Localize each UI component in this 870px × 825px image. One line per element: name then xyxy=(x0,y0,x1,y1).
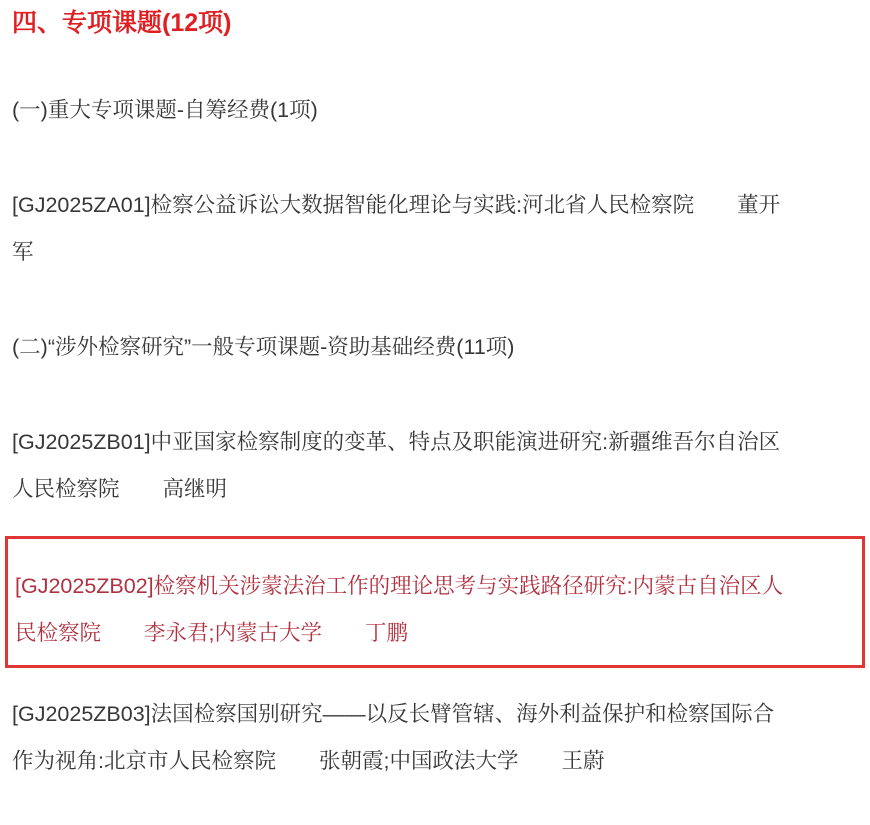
highlight-annotation-box: [GJ2025ZB02]检察机关涉蒙法治工作的理论思考与实践路径研究:内蒙古自治… xyxy=(5,536,865,668)
section-title: 四、专项课题(12项) xyxy=(12,5,858,41)
project-item-gj2025zb01: [GJ2025ZB01]中亚国家检察制度的变革、特点及职能演进研究:新疆维吾尔自… xyxy=(12,419,858,513)
article-page: 四、专项课题(12项) (一)重大专项课题-自筹经费(1项) [GJ2025ZA… xyxy=(0,0,870,825)
project-item-gj2025zb02-highlighted: [GJ2025ZB02]检察机关涉蒙法治工作的理论思考与实践路径研究:内蒙古自治… xyxy=(15,563,855,657)
subsection-heading-foreign-related: (二)“涉外检察研究”一般专项课题-资助基础经费(11项) xyxy=(12,324,858,371)
project-item-gj2025za01: [GJ2025ZA01]检察公益诉讼大数据智能化理论与实践:河北省人民检察院 董… xyxy=(12,182,858,276)
subsection-heading-major-projects: (一)重大专项课题-自筹经费(1项) xyxy=(12,87,858,134)
project-item-gj2025zb03: [GJ2025ZB03]法国检察国别研究——以反长臂管辖、海外利益保护和检察国际… xyxy=(12,691,858,785)
